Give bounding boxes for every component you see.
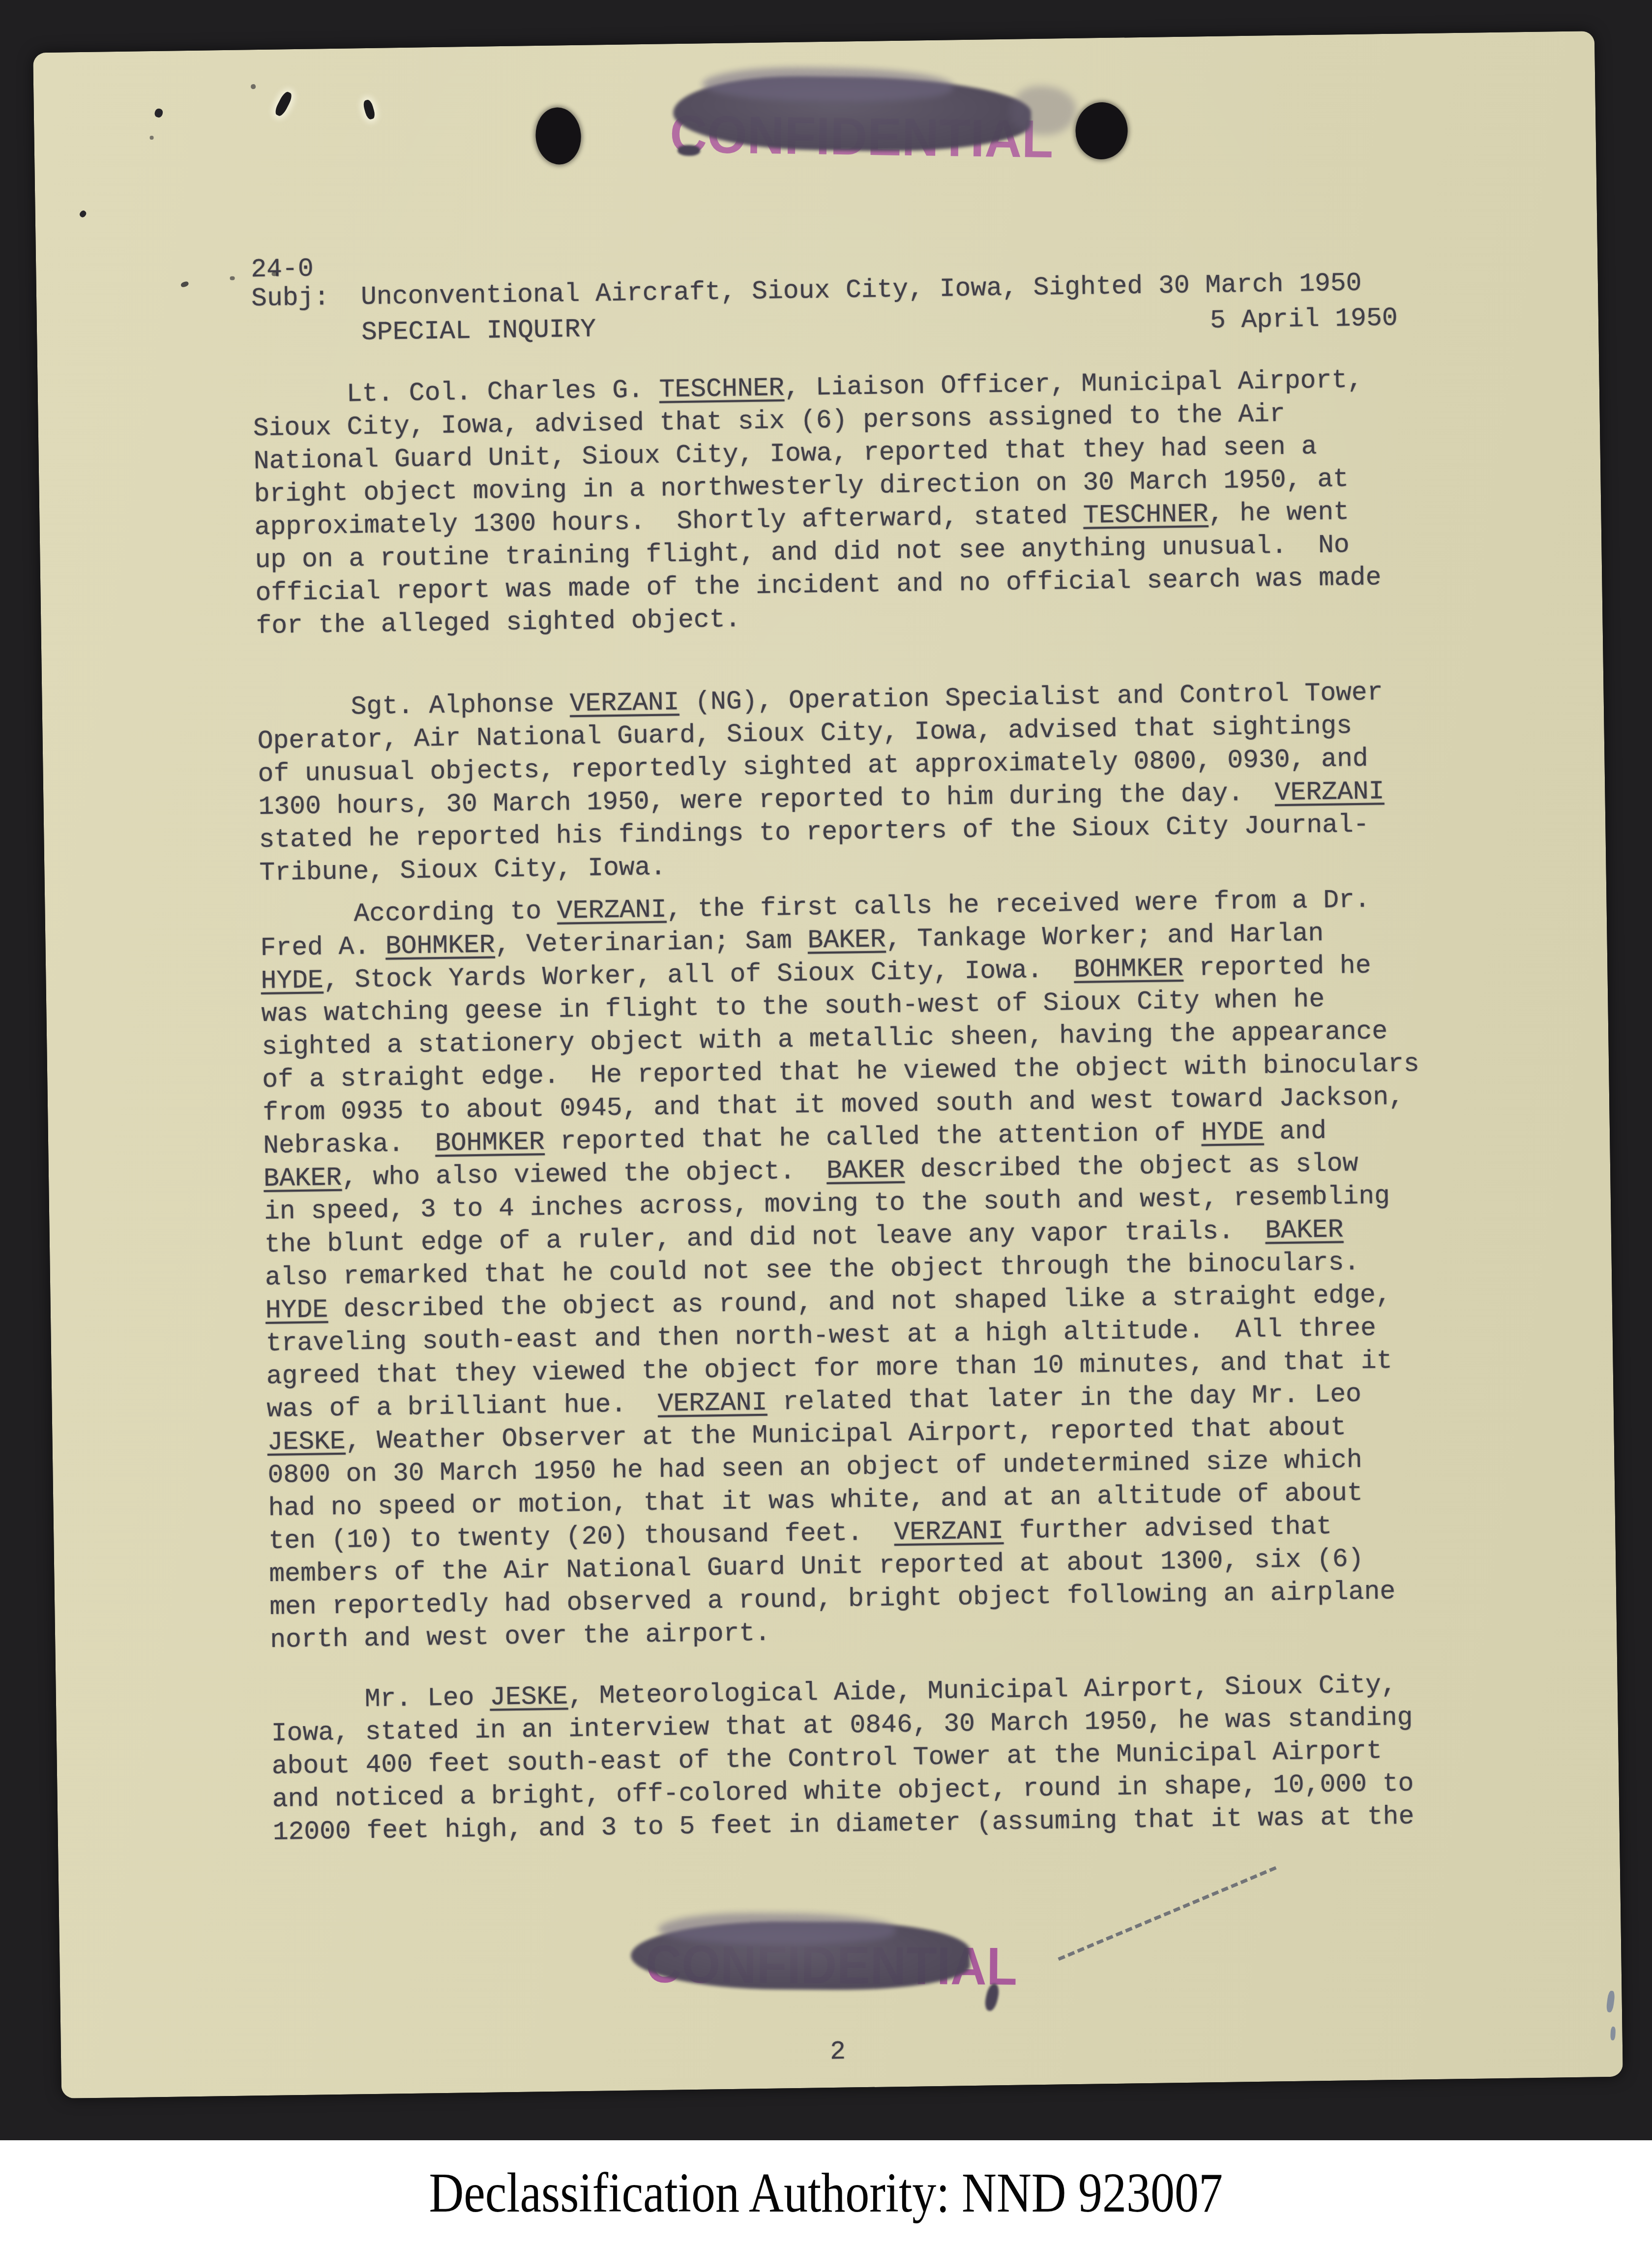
- underlined-name: TESCHNER: [659, 373, 784, 405]
- underlined-name: JESKE: [490, 1682, 568, 1712]
- document-date: 5 April 1950: [1209, 302, 1398, 337]
- ink-speck: [79, 210, 88, 218]
- document-paper: CONFIDENTIAL 24-0 Subj: Unconventional A…: [33, 31, 1623, 2098]
- blue-edge-mark: [1610, 2027, 1616, 2041]
- inquiry-type: SPECIAL INQUIRY: [361, 313, 596, 349]
- hole-punch-right: [1074, 101, 1128, 160]
- underlined-name: BAKER: [264, 1163, 342, 1194]
- ink-speck: [271, 271, 277, 276]
- blue-edge-mark: [1606, 1990, 1615, 2012]
- underlined-name: VERZANI: [569, 688, 679, 718]
- ink-speck: [149, 136, 153, 140]
- underlined-name: HYDE: [261, 965, 324, 996]
- paragraph-4: Mr. Leo JESKE, Meteorological Aide, Muni…: [270, 1669, 1414, 1849]
- ink-gouge: [362, 99, 376, 120]
- underlined-name: BOHMKER: [385, 930, 495, 961]
- subject-label: Subj:: [251, 281, 330, 315]
- underlined-name: VERZANI: [894, 1516, 1003, 1547]
- declassification-text: Declassification Authority: NND 923007: [429, 2160, 1223, 2225]
- page-number: 2: [818, 2035, 858, 2068]
- paragraph-2: Sgt. Alphonse VERZANI (NG), Operation Sp…: [257, 676, 1385, 890]
- declassification-bar: Declassification Authority: NND 923007: [0, 2140, 1652, 2245]
- paragraph-3: According to VERZANI, the first calls he…: [260, 883, 1427, 1657]
- ink-gouge: [273, 90, 294, 118]
- underlined-name: JESKE: [267, 1427, 346, 1457]
- underlined-name: VERZANI: [657, 1388, 767, 1419]
- underlined-name: VERZANI: [557, 895, 666, 926]
- ink-speck: [153, 108, 164, 119]
- underlined-name: HYDE: [265, 1295, 328, 1325]
- underlined-name: HYDE: [1201, 1117, 1264, 1148]
- redaction-smear-top: [1010, 86, 1077, 136]
- hole-punch-left: [533, 106, 583, 166]
- stamp-drip-top: [678, 145, 700, 156]
- underlined-name: BAKER: [826, 1155, 905, 1186]
- underlined-name: TESCHNER: [1083, 499, 1209, 531]
- paragraph-1: Lt. Col. Charles G. TESCHNER, Liaison Of…: [252, 363, 1382, 643]
- underlined-name: VERZANI: [1274, 777, 1384, 808]
- scan-background: CONFIDENTIAL 24-0 Subj: Unconventional A…: [0, 0, 1652, 2140]
- ink-speck: [180, 281, 189, 288]
- underlined-name: BOHMKER: [1074, 954, 1183, 985]
- pencil-dash-line: [1058, 1866, 1276, 1961]
- redaction-marker-bottom: [631, 1920, 971, 1991]
- ink-speck: [251, 84, 256, 89]
- ink-speck: [230, 276, 235, 280]
- underlined-name: BOHMKER: [435, 1127, 545, 1158]
- underlined-name: BAKER: [807, 925, 886, 955]
- underlined-name: BAKER: [1265, 1215, 1344, 1245]
